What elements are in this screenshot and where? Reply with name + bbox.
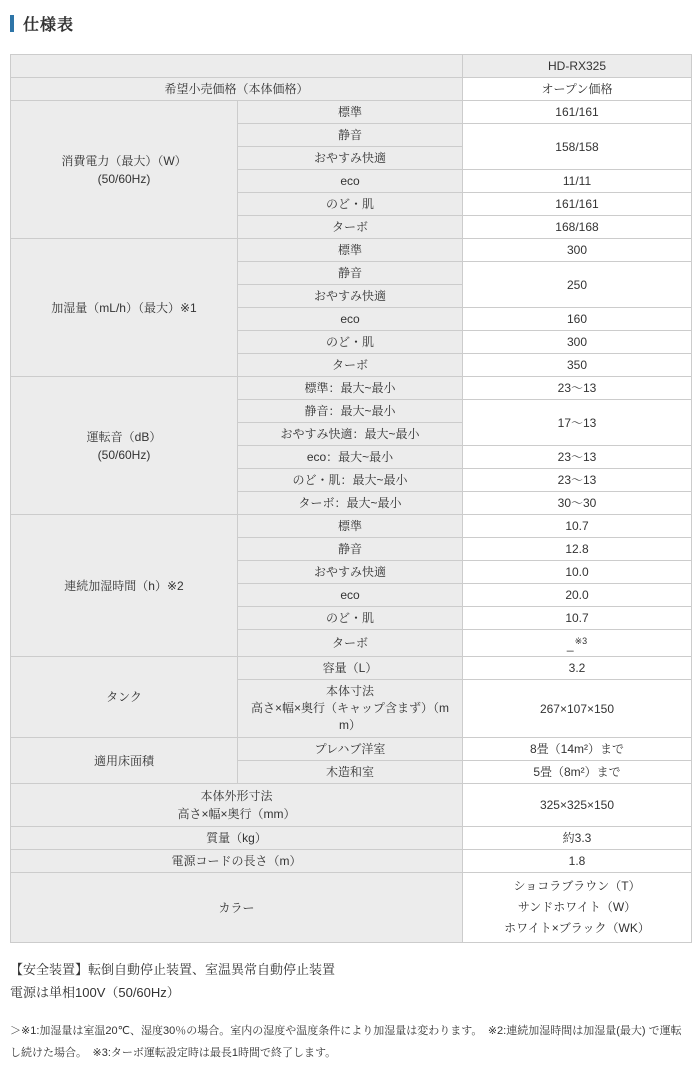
title-accent-bar <box>10 15 14 32</box>
mode-label-cell: おやすみ快適 <box>238 147 463 170</box>
power-group-label-cell: 消費電力（最大）（W） (50/60Hz) <box>11 101 238 239</box>
value-cell: 約3.3 <box>463 827 692 850</box>
mode-label-cell: eco <box>238 308 463 331</box>
continuous-row: 連続加湿時間（h）※2 標準 10.7 <box>11 515 692 538</box>
value-cell: 23〜13 <box>463 446 692 469</box>
mode-label-cell: おやすみ快適 <box>238 561 463 584</box>
color-option: ホワイト×ブラック（WK） <box>469 918 685 939</box>
tank-dimensions-label-line2: 高さ×幅×奥行（キャップ含まず）（mm） <box>244 700 456 734</box>
mode-label-cell: のど・肌 <box>238 193 463 216</box>
value-cell: 23〜13 <box>463 469 692 492</box>
body-dimensions-label-line1: 本体外形寸法 <box>17 787 456 805</box>
value-cell: 168/168 <box>463 216 692 239</box>
model-header-cell: HD-RX325 <box>463 55 692 78</box>
mode-label-cell: ターボ <box>238 216 463 239</box>
tank-group-label-cell: タンク <box>11 657 238 738</box>
mode-label-cell: 標準 <box>238 239 463 262</box>
turbo-time-value: _ <box>567 638 574 652</box>
mode-label-cell: おやすみ快適 <box>238 285 463 308</box>
page-title: 仕様表 <box>23 12 74 35</box>
price-value-cell: オープン価格 <box>463 78 692 101</box>
value-cell: 3.2 <box>463 657 692 680</box>
mode-label-cell: 標準：最大~最小 <box>238 377 463 400</box>
continuous-group-label-cell: 連続加湿時間（h）※2 <box>11 515 238 657</box>
value-cell: 20.0 <box>463 584 692 607</box>
mode-label-cell: 静音：最大~最小 <box>238 400 463 423</box>
spec-table: HD-RX325 希望小売価格（本体価格） オープン価格 消費電力（最大）（W）… <box>10 54 692 943</box>
power-group-label-line2: (50/60Hz) <box>17 170 231 188</box>
mode-label-cell: 静音 <box>238 124 463 147</box>
safety-devices-text: 【安全装置】転倒自動停止装置、室温異常自動停止装置 <box>10 958 691 981</box>
turbo-time-footnote-mark: ※3 <box>575 636 588 646</box>
noise-group-label-line2: (50/60Hz) <box>17 446 231 464</box>
mode-label-cell: のど・肌 <box>238 607 463 630</box>
mode-label-cell: 標準 <box>238 515 463 538</box>
value-cell: 23〜13 <box>463 377 692 400</box>
value-cell: 161/161 <box>463 101 692 124</box>
value-cell: 161/161 <box>463 193 692 216</box>
body-dimensions-label-line2: 高さ×幅×奥行（mm） <box>17 805 456 823</box>
footnote-text: ＞※1:加湿量は室温20℃、湿度30％の場合。室内の湿度や温度条件により加湿量は… <box>10 1020 691 1064</box>
value-cell: 30〜30 <box>463 492 692 515</box>
price-row: 希望小売価格（本体価格） オープン価格 <box>11 78 692 101</box>
power-group-label-line1: 消費電力（最大）（W） <box>17 152 231 170</box>
mode-label-cell: eco <box>238 170 463 193</box>
body-dimensions-row: 本体外形寸法 高さ×幅×奥行（mm） 325×325×150 <box>11 784 692 827</box>
safety-notes: 【安全装置】転倒自動停止装置、室温異常自動停止装置 電源は単相100V（50/6… <box>10 958 691 1004</box>
value-cell: 11/11 <box>463 170 692 193</box>
humidification-row: 加湿量（mL/h）（最大）※1 標準 300 <box>11 239 692 262</box>
value-cell: 267×107×150 <box>463 680 692 738</box>
mode-label-cell: ターボ <box>238 630 463 657</box>
mode-label-cell: 静音 <box>238 262 463 285</box>
color-value-cell: ショコラブラウン（T） サンドホワイト（W） ホワイト×ブラック（WK） <box>463 873 692 943</box>
color-option: ショコラブラウン（T） <box>469 876 685 897</box>
floor-type-label-cell: プレハブ洋室 <box>238 738 463 761</box>
mode-label-cell: ターボ <box>238 354 463 377</box>
value-cell: 10.7 <box>463 515 692 538</box>
value-cell: 5畳（8m²）まで <box>463 761 692 784</box>
cord-length-row: 電源コードの長さ（m） 1.8 <box>11 850 692 873</box>
tank-dimensions-label-line1: 本体寸法 <box>244 683 456 700</box>
tank-capacity-label-cell: 容量（L） <box>238 657 463 680</box>
value-cell: 300 <box>463 331 692 354</box>
value-cell: 300 <box>463 239 692 262</box>
mode-label-cell: eco <box>238 584 463 607</box>
weight-row: 質量（kg） 約3.3 <box>11 827 692 850</box>
value-cell: 325×325×150 <box>463 784 692 827</box>
price-label-cell: 希望小売価格（本体価格） <box>11 78 463 101</box>
power-supply-text: 電源は単相100V（50/60Hz） <box>10 981 691 1004</box>
floor-group-label-cell: 適用床面積 <box>11 738 238 784</box>
value-cell: 158/158 <box>463 124 692 170</box>
mode-label-cell: ターボ：最大~最小 <box>238 492 463 515</box>
noise-group-label-cell: 運転音（dB） (50/60Hz) <box>11 377 238 515</box>
mode-label-cell: eco：最大~最小 <box>238 446 463 469</box>
mode-label-cell: おやすみ快適：最大~最小 <box>238 423 463 446</box>
value-cell: 10.7 <box>463 607 692 630</box>
cord-length-label-cell: 電源コードの長さ（m） <box>11 850 463 873</box>
noise-group-label-line1: 運転音（dB） <box>17 428 231 446</box>
floor-type-label-cell: 木造和室 <box>238 761 463 784</box>
spec-page: 仕様表 HD-RX325 希望小売価格（本体価格） オープン価格 消費電力（最大… <box>0 0 700 1074</box>
color-label-cell: カラー <box>11 873 463 943</box>
value-cell: 350 <box>463 354 692 377</box>
color-option: サンドホワイト（W） <box>469 897 685 918</box>
value-cell: 250 <box>463 262 692 308</box>
tank-row: タンク 容量（L） 3.2 <box>11 657 692 680</box>
value-cell: 160 <box>463 308 692 331</box>
value-cell: 17〜13 <box>463 400 692 446</box>
body-dimensions-label-cell: 本体外形寸法 高さ×幅×奥行（mm） <box>11 784 463 827</box>
value-cell: 8畳（14m²）まで <box>463 738 692 761</box>
power-row: 消費電力（最大）（W） (50/60Hz) 標準 161/161 <box>11 101 692 124</box>
value-cell: 1.8 <box>463 850 692 873</box>
table-header-row: HD-RX325 <box>11 55 692 78</box>
humidification-group-label-cell: 加湿量（mL/h）（最大）※1 <box>11 239 238 377</box>
mode-label-cell: 静音 <box>238 538 463 561</box>
value-cell: 12.8 <box>463 538 692 561</box>
section-heading: 仕様表 <box>10 12 691 35</box>
mode-label-cell: のど・肌 <box>238 331 463 354</box>
value-cell: _※3 <box>463 630 692 657</box>
header-empty-cell <box>11 55 463 78</box>
mode-label-cell: のど・肌：最大~最小 <box>238 469 463 492</box>
mode-label-cell: 標準 <box>238 101 463 124</box>
weight-label-cell: 質量（kg） <box>11 827 463 850</box>
noise-row: 運転音（dB） (50/60Hz) 標準：最大~最小 23〜13 <box>11 377 692 400</box>
value-cell: 10.0 <box>463 561 692 584</box>
color-row: カラー ショコラブラウン（T） サンドホワイト（W） ホワイト×ブラック（WK） <box>11 873 692 943</box>
floor-area-row: 適用床面積 プレハブ洋室 8畳（14m²）まで <box>11 738 692 761</box>
tank-dimensions-label-cell: 本体寸法 高さ×幅×奥行（キャップ含まず）（mm） <box>238 680 463 738</box>
